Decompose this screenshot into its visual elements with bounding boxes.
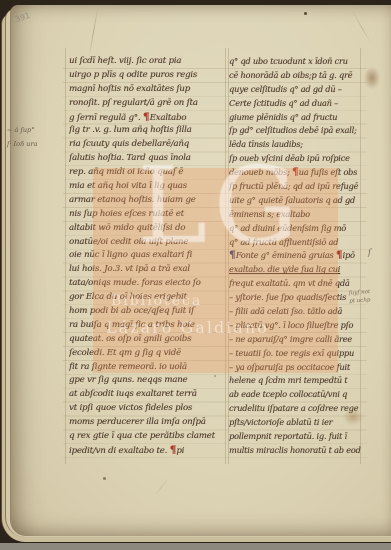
manuscript-line: moms perducerer illa imſa onſpā [69,416,225,430]
manuscript-line: ſig tr .v. g. lum añq hoſtis ſilla [69,124,225,138]
left-margin-annotation-line: ~ á ſup° [7,124,67,138]
manuscript-line: ui ſcdī heſt. viij. ſic orat pia [69,55,225,69]
library-watermark-monogram: LG [137,153,304,259]
manuscript-line: q° qd ubo tcuodunt x īdoñ cru [229,55,361,69]
manuscript-line: ab eade tceplo collocatū/vni q [229,388,361,402]
manuscript-line: crudelitu iſpatare a coſdree rege [229,402,361,416]
left-margin-annotation-line: ſ· Ioñ ura [7,138,67,152]
manuscript-line: gpe vr ſig quns. neqqs mane [69,374,225,388]
manuscript-line: pollempnit reportatū. ig. fuit ī [229,430,361,444]
manuscript-line: ipedit/vn di exaltabo te. ¶pi [69,444,225,458]
manuscript-line: magnī hoſtis nō exaltātes ſup [69,83,225,97]
speck [304,12,307,15]
rubric-paragraph-mark: ¶ [170,444,177,456]
parchment-crease [88,5,98,58]
right-margin-annotation: ſuyſ not pt uchp [348,286,391,305]
manuscript-line: cē honorādā ab oibs;p tā g. qrē [229,69,361,83]
speck [214,375,216,377]
manuscript-line: giume plēnidis q° ad fructu [229,111,361,125]
manuscript-line: at abſcodit iuqs exaltaret terrā [69,388,225,402]
manuscript-line: Certe ſctitudis q° ad duañ – [229,97,361,111]
parchment-crease [154,477,170,497]
manuscript-line: vt ipſi quoe victos fideles plos [69,402,225,416]
library-watermark-text-line1: Biblioteca [111,293,202,309]
manuscript-line: q rex gtie ī qua cte perãtibs clamet [69,430,225,444]
manuscript-line: multis miraclis honoratū t ab eod [229,444,361,458]
speck [103,477,106,480]
ruling-vertical-line [65,48,66,464]
manuscript-line: pſts/victorioſe ablatū ti ier [229,416,361,430]
manuscript-line: ronoſit. pſ regulart/ā grē on ſta [69,97,225,111]
pencil-folio-mark: 391 [14,11,31,24]
manuscript-line: quye celſitudis q° ad gd dū – [229,83,361,97]
manuscript-line: uirgo p plīs q odite puros regis [69,69,225,83]
library-watermark-text-line2: Lázaro Galdiano [106,318,269,337]
manuscript-line: g ſernī regulã g°. ¶Exaltabo [69,111,225,125]
parchment-crease [352,10,372,43]
ink-stain [364,67,380,89]
left-margin-annotation: ~ á ſup° ſ· Ioñ ura [7,124,67,151]
ink-stain [343,409,363,425]
manuscript-line: helene q ſcdm mri tempedtū t [229,374,361,388]
rubric-paragraph-mark: ¶ [143,111,150,123]
manuscript-line: ſp gd° celſitudios debē ipā exall; [229,124,361,138]
right-margin-mark: ſ [368,248,371,257]
photo-bottom-strip [0,543,391,550]
manuscript-page: 391 ~ á ſup° ſ· Ioñ ura ui ſcdī heſt. vi… [10,5,391,536]
